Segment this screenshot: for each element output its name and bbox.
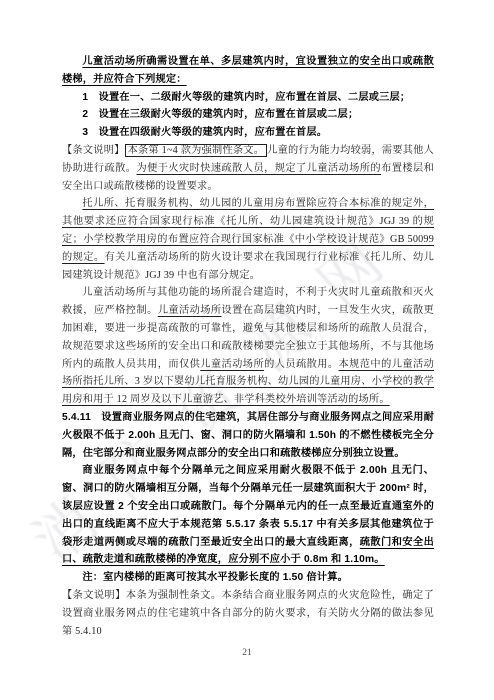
clause-children-intro: 儿童活动场所确需设置在单、多层建筑内时，宜设置独立的安全出口或疏散楼梯，并应符合… [62,53,434,89]
explanation-children-1: 【条文说明】本条第 1~4 款为强制性条文。儿童的行为能力均较弱，需要其他人协助… [62,142,434,195]
text-segment: 5.4.11 设置商业服务网点的住宅建筑，其居住部分与商业服务网点之间应采用耐火… [62,412,434,459]
document-page: 消防资源网 儿童活动场所确需设置在单、多层建筑内时，宜设置独立的安全出口或疏散楼… [0,0,494,700]
clause-item-2: 2 设置在三级耐火等级的建筑内时，应布置在首层或二层； [62,106,434,124]
text-segment: 本条第 1~4 款为强制性条文。 [125,144,268,158]
text-segment: 儿童活动场所 [200,359,264,370]
clause-5-4-11: 5.4.11 设置商业服务网点的住宅建筑，其居住部分与商业服务网点之间应采用耐火… [62,409,434,462]
page-number: 21 [0,648,494,658]
text-segment: 2 设置在三级耐火等级的建筑内时，应布置在首层或二层； [82,109,358,120]
text-segment: 儿童活动场所确需设置在单、多层建筑内时，宜设置独立的安全出口或疏散楼梯，并应符合… [62,56,434,85]
text-segment: 【条文说明】本条为强制性条文。本条结合商业服务网点的火灾危险性，确定了设置商业服… [62,590,434,637]
clause-note: 注：室内楼梯的距离可按其水平投影长度的 1.50 倍计算。 [62,569,434,587]
text-segment: 儿童活动场所 [158,305,222,316]
clause-item-3: 3 设置在四级耐火等级的建筑内时，应布置在首层。 [62,124,434,142]
text-segment: 3 设置在四级耐火等级的建筑内时，应布置在首层。 [82,127,327,138]
text-segment: 【条文说明】 [62,145,125,156]
text-segment: 的人员疏散用。 [264,359,338,370]
text-segment: 商业服务网点中每个分隔单元之间应采用耐火极限不低于 2.00h 且无门、窗、洞口… [62,465,434,547]
document-body: 儿童活动场所确需设置在单、多层建筑内时，宜设置独立的安全出口或疏散楼梯，并应符合… [62,53,434,640]
text-segment: 有关儿童活动场所的防火设计要求在我国现行行业标准《托儿所、幼儿园建筑设计规范》J… [62,252,434,281]
explanation-children-2: 托儿所、托育服务机构、幼儿园的儿童用房布置除应符合本标准的规定外，其他要求还应符… [62,195,434,284]
clause-item-1: 1 设置在一、二级耐火等级的建筑内时，应布置在首层、二层或三层； [62,89,434,107]
text-segment: 为便于火灾时快速疏散人员，规定了儿童活动场所的 [136,163,381,174]
text-segment: 注：室内楼梯的距离可按其水平投影长度的 1.50 倍计算。 [82,572,348,583]
clause-5-4-11-cont: 商业服务网点中每个分隔单元之间应采用耐火极限不低于 2.00h 且无门、窗、洞口… [62,462,434,569]
explanation-5-4-11: 【条文说明】本条为强制性条文。本条结合商业服务网点的火灾危险性，确定了设置商业服… [62,587,434,640]
explanation-children-3: 儿童活动场所与其他功能的场所混合建造时，不利于火灾时儿童疏散和灭火救援，应严格控… [62,284,434,409]
text-segment: 1 设置在一、二级耐火等级的建筑内时，应布置在首层、二层或三层； [82,92,410,103]
